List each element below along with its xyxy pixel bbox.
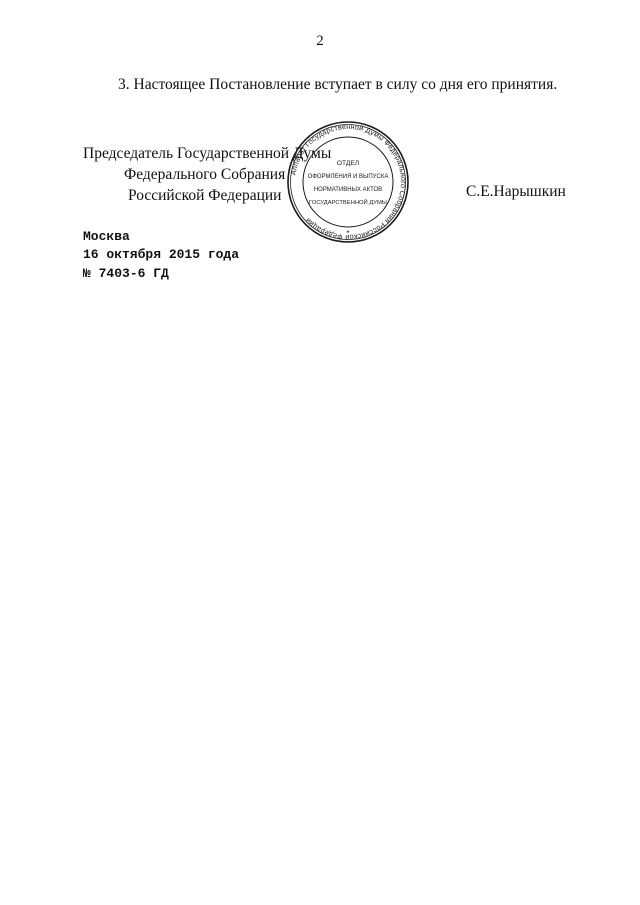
clause-text: 3. Настоящее Постановление вступает в си… xyxy=(118,76,557,94)
stamp-line-4: ГОСУДАРСТВЕННОЙ ДУМЫ xyxy=(309,198,387,206)
city: Москва xyxy=(83,229,130,244)
stamp-ring-text: Аппарат Государственной Думы Федеральног… xyxy=(288,122,408,242)
signer-title-line-2: Федерального Собрания xyxy=(124,166,285,184)
page-number: 2 xyxy=(0,33,640,50)
stamp-star-icon: * xyxy=(346,229,349,238)
stamp-line-3: НОРМАТИВНЫХ АКТОВ xyxy=(314,187,382,193)
signer-title-line-3: Российской Федерации xyxy=(128,187,281,205)
signer-name: С.Е.Нарышкин xyxy=(466,183,566,201)
stamp-line-2: ОФОРМЛЕНИЯ И ВЫПУСКА xyxy=(308,174,389,180)
document-number: № 7403-6 ГД xyxy=(83,266,169,281)
date: 16 октября 2015 года xyxy=(83,247,239,262)
official-stamp-icon: Аппарат Государственной Думы Федеральног… xyxy=(285,119,411,245)
stamp-line-1: ОТДЕЛ xyxy=(337,160,359,167)
svg-text:Аппарат Государственной Думы Ф: Аппарат Государственной Думы Федеральног… xyxy=(288,122,408,242)
